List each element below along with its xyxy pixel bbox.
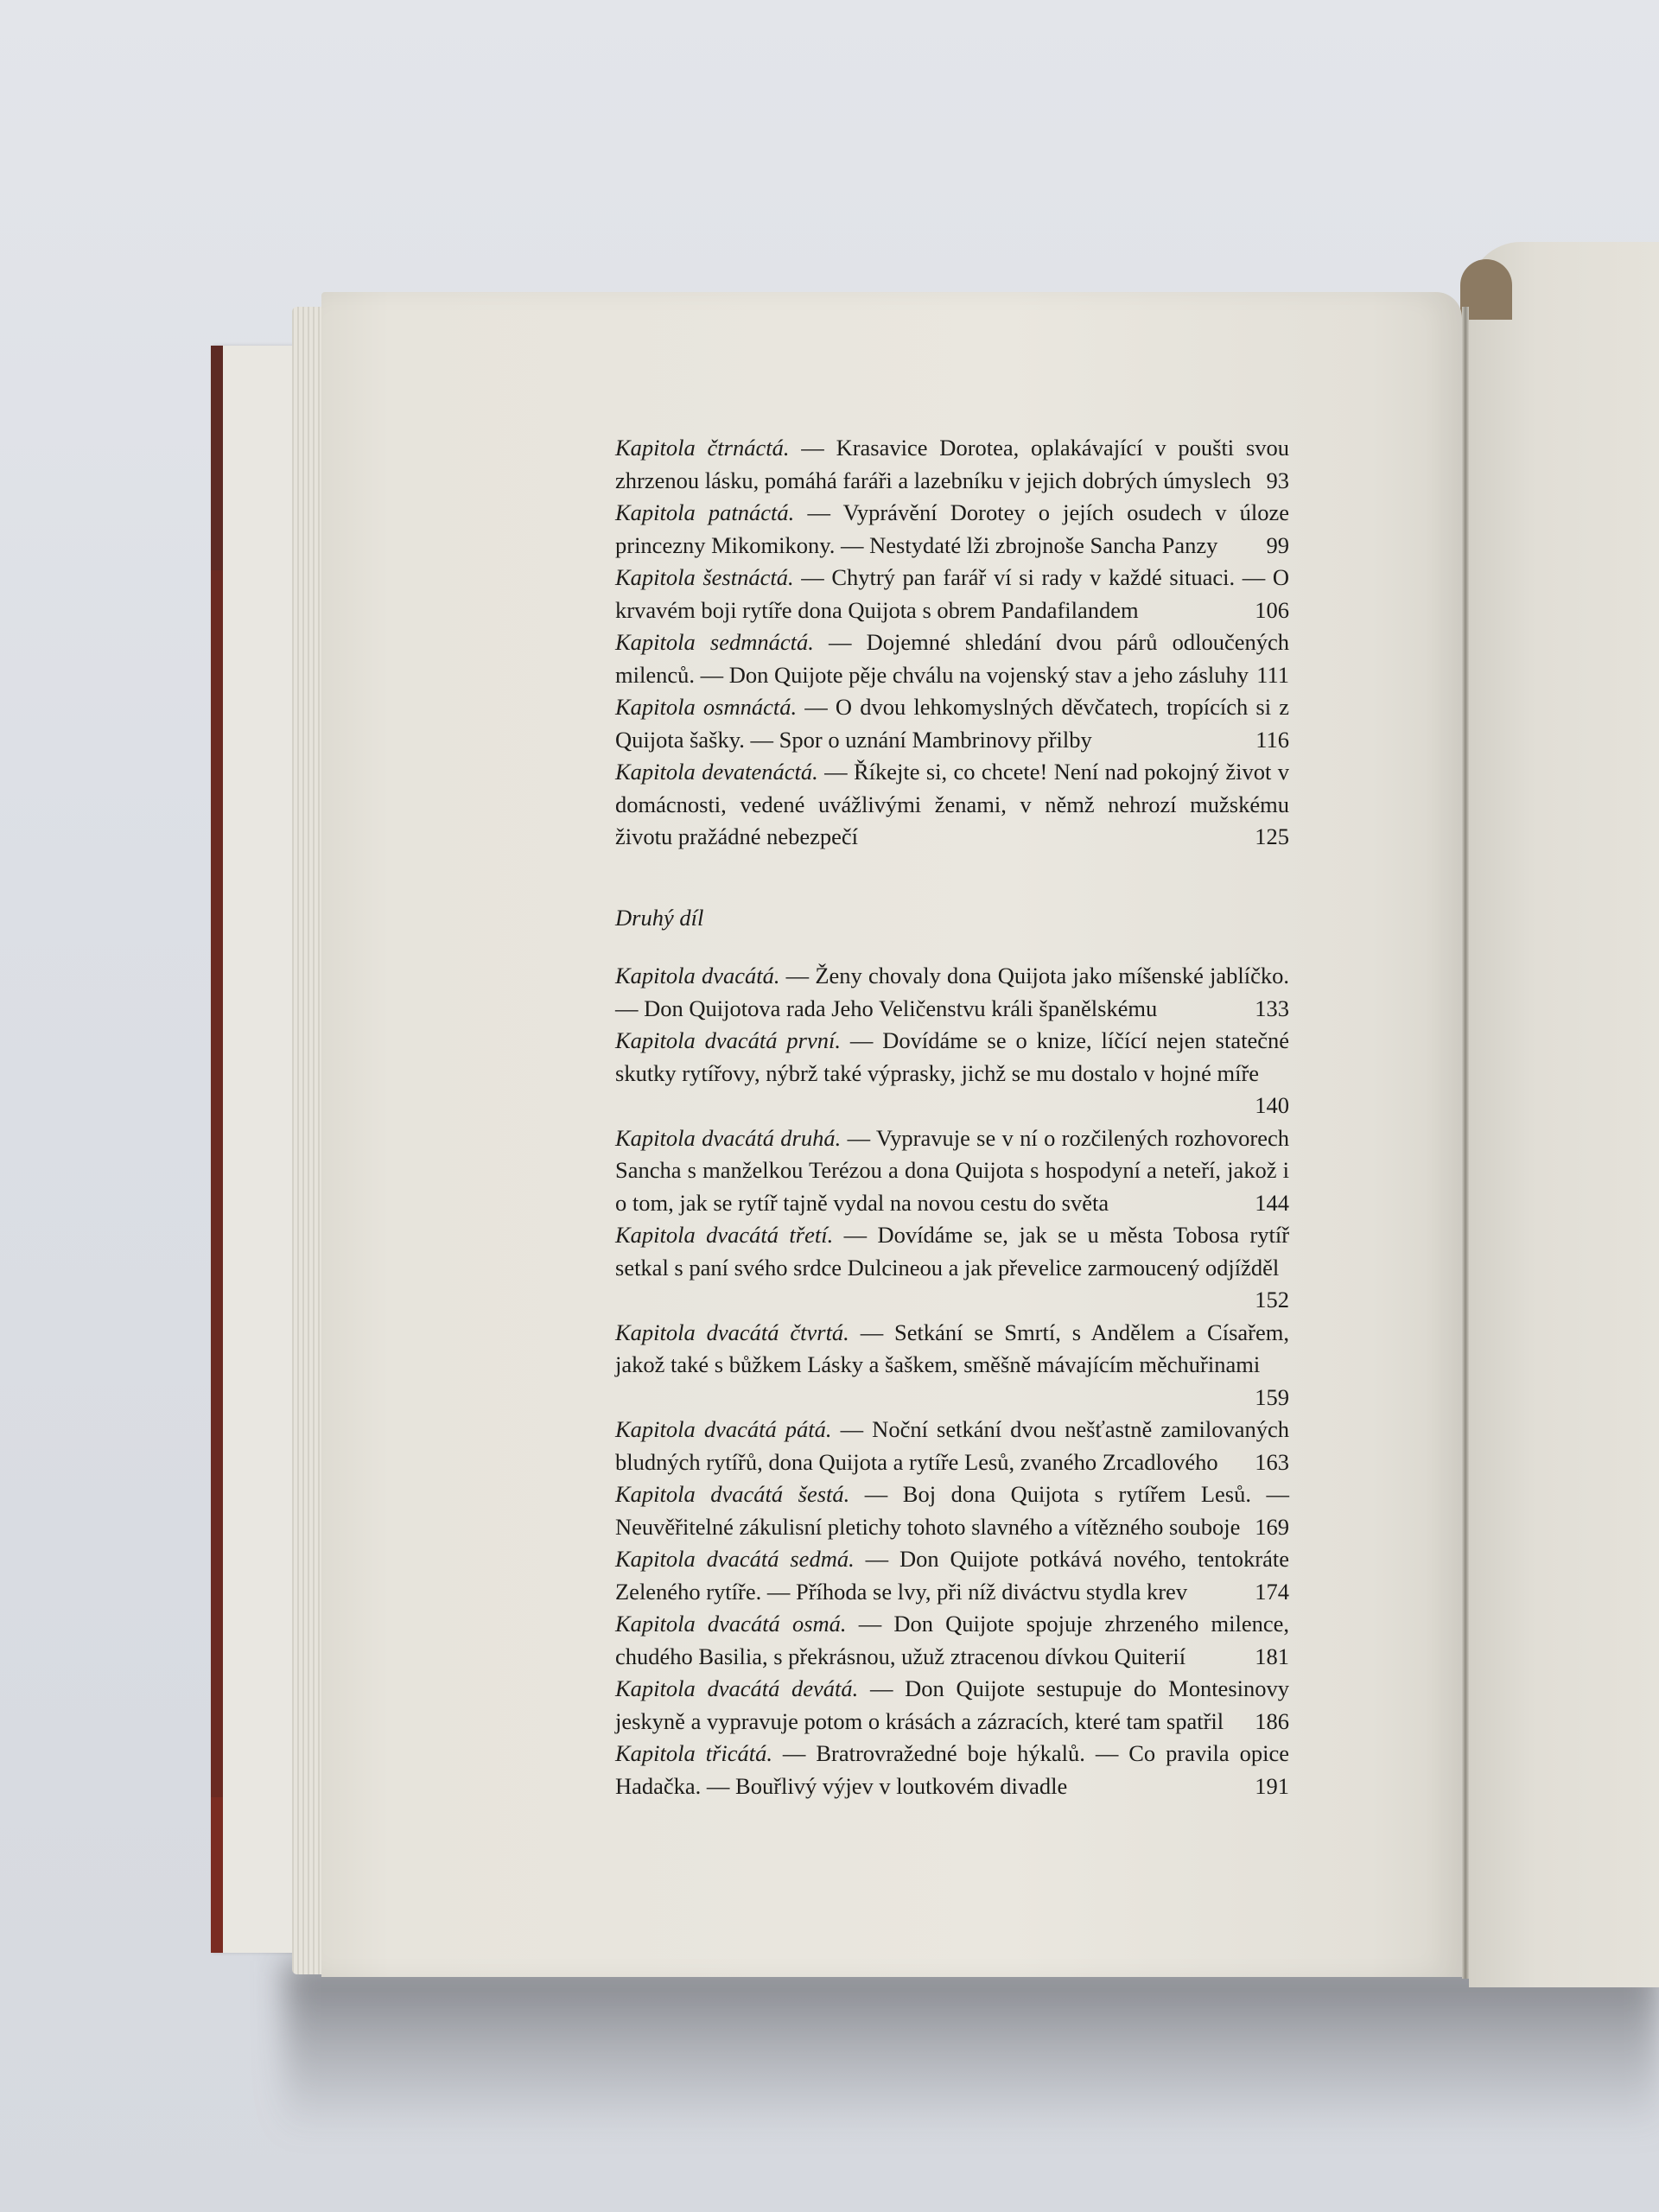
page-number: 174 <box>1255 1576 1289 1609</box>
chapter-title: Kapitola sedmnáctá. <box>615 629 814 655</box>
page-gutter <box>1462 307 1469 1979</box>
page-number: 125 <box>1255 821 1289 854</box>
toc-part-two: Kapitola dvacátá. — Ženy chovaly dona Qu… <box>615 960 1289 1802</box>
chapter-title: Kapitola dvacátá první. <box>615 1027 841 1053</box>
chapter-title: Kapitola šestnáctá. <box>615 564 794 590</box>
toc-entry: Kapitola dvacátá pátá. — Noční setkání d… <box>615 1414 1289 1478</box>
page-number: 159 <box>1255 1382 1289 1414</box>
toc-entry: Kapitola dvacátá sedmá. — Don Quijote po… <box>615 1543 1289 1608</box>
page-number: 191 <box>1255 1770 1289 1803</box>
page-number: 144 <box>1255 1187 1289 1220</box>
toc-entry: Kapitola dvacátá třetí. — Dovídáme se, j… <box>615 1219 1289 1317</box>
toc-entry: Kapitola dvacátá čtvrtá. — Setkání se Sm… <box>615 1317 1289 1414</box>
toc-entry: Kapitola devatenáctá. — Říkejte si, co c… <box>615 756 1289 854</box>
toc-entry: Kapitola osmnáctá. — O dvou lehkomyslnýc… <box>615 691 1289 756</box>
toc-entry: Kapitola dvacátá druhá. — Vypravuje se v… <box>615 1122 1289 1220</box>
page-number: 169 <box>1255 1511 1289 1544</box>
toc-entry: Kapitola sedmnáctá. — Dojemné shledání d… <box>615 626 1289 691</box>
toc-entry: Kapitola dvacátá šestá. — Boj dona Quijo… <box>615 1478 1289 1543</box>
page-number: 133 <box>1255 993 1289 1026</box>
chapter-title: Kapitola dvacátá sedmá. <box>615 1546 855 1572</box>
page-stack-edge <box>292 307 323 1974</box>
facing-page <box>1469 242 1659 1987</box>
page-number: 186 <box>1255 1706 1289 1738</box>
section-heading: Druhý díl <box>615 902 1289 935</box>
toc-entry: Kapitola třicátá. — Bratrovražedné boje … <box>615 1738 1289 1802</box>
chapter-title: Kapitola patnáctá. <box>615 499 794 525</box>
page-number: 93 <box>1267 465 1290 498</box>
table-of-contents: Kapitola čtrnáctá. — Krasavice Dorotea, … <box>615 432 1289 1802</box>
chapter-title: Kapitola čtrnáctá. <box>615 435 790 461</box>
toc-entry: Kapitola čtrnáctá. — Krasavice Dorotea, … <box>615 432 1289 497</box>
page-number: 111 <box>1256 659 1289 692</box>
chapter-title: Kapitola dvacátá devátá. <box>615 1675 858 1701</box>
table-shadow <box>285 1961 1659 2134</box>
toc-entry: Kapitola patnáctá. — Vyprávění Dorotey o… <box>615 497 1289 562</box>
chapter-title: Kapitola devatenáctá. <box>615 759 818 785</box>
page-number: 140 <box>1255 1090 1289 1122</box>
chapter-title: Kapitola dvacátá čtvrtá. <box>615 1319 849 1345</box>
toc-entry: Kapitola šestnáctá. — Chytrý pan farář v… <box>615 562 1289 626</box>
page-number: 116 <box>1255 724 1289 757</box>
chapter-title: Kapitola dvacátá třetí. <box>615 1222 833 1248</box>
toc-entry: Kapitola dvacátá osmá. — Don Quijote spo… <box>615 1608 1289 1673</box>
chapter-title: Kapitola dvacátá. <box>615 963 779 988</box>
chapter-title: Kapitola osmnáctá. <box>615 694 797 720</box>
toc-part-one: Kapitola čtrnáctá. — Krasavice Dorotea, … <box>615 432 1289 854</box>
cover-binding-bottom <box>211 1797 223 1953</box>
chapter-title: Kapitola dvacátá druhá. <box>615 1125 841 1151</box>
page-number: 163 <box>1255 1446 1289 1479</box>
chapter-title: Kapitola dvacátá šestá. <box>615 1481 849 1507</box>
page-number: 181 <box>1255 1641 1289 1674</box>
page-number: 99 <box>1267 530 1290 563</box>
toc-entry: Kapitola dvacátá první. — Dovídáme se o … <box>615 1025 1289 1122</box>
chapter-title: Kapitola třicátá. <box>615 1740 772 1766</box>
toc-entry: Kapitola dvacátá devátá. — Don Quijote s… <box>615 1673 1289 1738</box>
chapter-title: Kapitola dvacátá pátá. <box>615 1416 832 1442</box>
toc-entry: Kapitola dvacátá. — Ženy chovaly dona Qu… <box>615 960 1289 1025</box>
page-number: 152 <box>1255 1284 1289 1317</box>
cover-binding-top <box>211 346 223 570</box>
page-number: 106 <box>1255 594 1289 627</box>
chapter-title: Kapitola dvacátá osmá. <box>615 1611 847 1637</box>
